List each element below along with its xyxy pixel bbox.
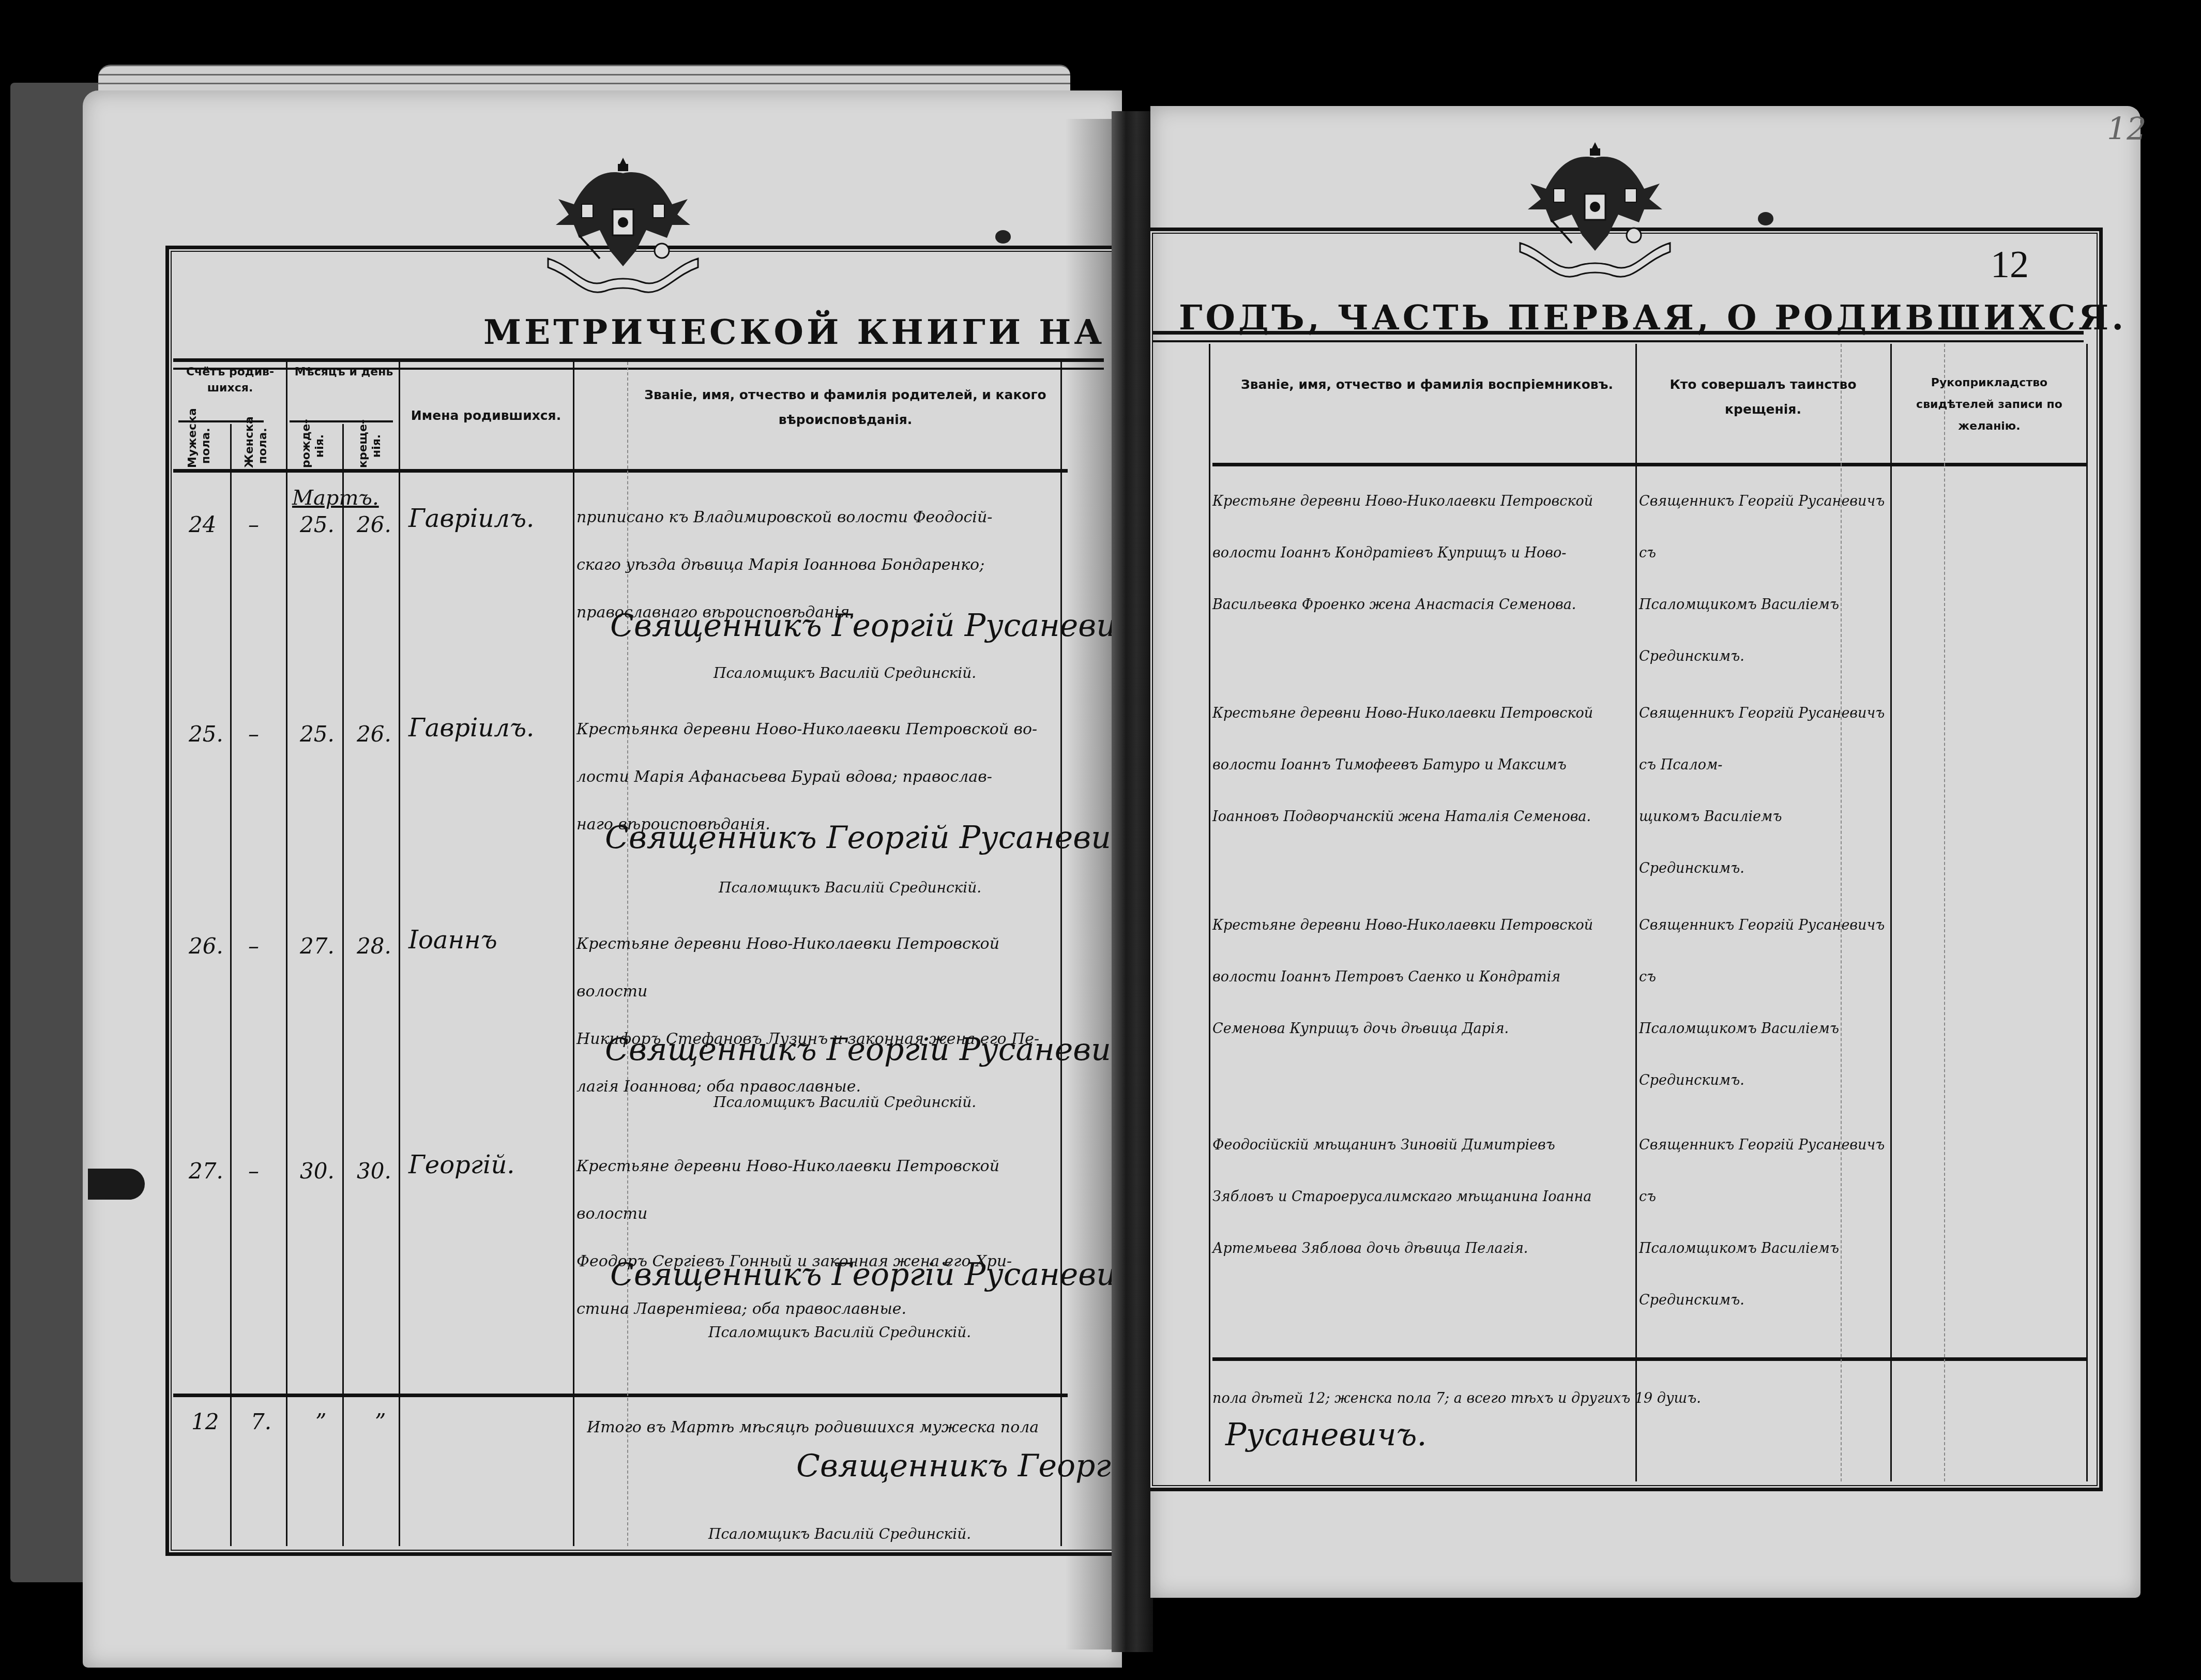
col-divider [399,362,400,1546]
entry-female-no: – [248,933,259,959]
col-divider [1890,344,1892,1481]
entry-officiant: Священникъ Георгій Русаневичъ съ Псаломщ… [1639,476,1887,683]
entry-godparents: Крестьяне деревни Ново-Николаевки Петров… [1212,900,1634,1055]
header-male: Мужеска пола. [186,424,217,468]
paper-spot [1758,212,1773,225]
entry-child-name: Іоаннъ [408,926,497,955]
book-gutter [1112,111,1153,1652]
entry-parents: Крестьяне деревни Ново-Николаевки Петров… [576,920,1062,1111]
signature-psalmist: Псаломщикъ Василій Срединскій. [708,1324,971,1341]
summary-text: Итого въ Мартѣ мѣсяцѣ родившихся мужеска… [587,1404,1068,1451]
paper-spot [995,230,1011,244]
col-divider [573,362,574,1546]
header-witness-signatures: Рукоприкладство свидѣтелей записи по жел… [1895,372,2084,437]
archive-folio-number-pencil: 12 [2107,111,2146,147]
summary-male-total: 12 [191,1409,219,1434]
entry-baptism-day: 26. [357,512,391,537]
header-officiant: Кто совершалъ таинство крещенія. [1644,372,1882,421]
entry-baptism-day: 26. [357,721,391,747]
summary-rule [1212,1357,2086,1361]
double-headed-eagle-emblem-icon [543,147,703,297]
signature-psalmist: Псаломщикъ Василій Срединскій. [719,879,981,896]
col-divider [1635,344,1637,1481]
signature-psalmist: Псаломщикъ Василій Срединскій. [714,1094,976,1111]
entry-child-name: Георгій. [408,1151,515,1179]
entry-officiant: Священникъ Георгій Русаневичъ съ Псаломщ… [1639,900,1887,1107]
col-divider [2086,344,2088,1481]
header-double-rule [1153,331,2084,342]
signature-priest: Священникъ Георгій Русаневичъ. [605,820,1161,856]
entry-officiant: Священникъ Георгій Русаневичъ съ Псаломщ… [1639,1119,1887,1326]
entry-male-no: 24 [189,512,216,537]
header-baptism: креще-нія. [357,424,388,468]
entry-child-name: Гавріилъ. [408,714,534,743]
summary-signature-priest: Священникъ Георгій [796,1448,1141,1484]
col-divider [230,424,232,1546]
header-birth: рожде-нія. [300,424,331,468]
entry-birth-day: 27. [300,933,335,959]
entry-godparents: Крестьяне деревни Ново-Николаевки Петров… [1212,688,1634,843]
double-headed-eagle-emblem-icon [1515,132,1675,282]
signature-priest: Священникъ Георгій Русаневичъ [610,608,1156,644]
entry-godparents: Крестьяне деревни Ново-Николаевки Петров… [1212,476,1634,631]
signature-priest: Священникъ Георгій Русаневичъ. [610,1257,1166,1293]
col-divider [286,362,287,1546]
month-label: Мартъ. [292,486,379,510]
entry-female-no: – [248,1158,259,1184]
entry-baptism-day: 28. [357,933,391,959]
summary-birth-ditto: ” [315,1409,326,1434]
printed-page-number: 12 [1991,243,2029,287]
header-bottom-rule [1212,463,2086,466]
header-month-day-group: Мѣсяцъ и день [290,365,398,381]
entry-birth-day: 30. [300,1158,335,1184]
entry-male-no: 25. [189,721,223,747]
entry-male-no: 27. [189,1158,223,1184]
entry-godparents: Феодосійскій мѣщанинъ Зиновій Димитріевъ… [1212,1119,1634,1275]
binding-tab [88,1169,145,1200]
entry-female-no: – [248,512,259,537]
header-names: Имена родившихся. [403,403,569,428]
entry-female-no: – [248,721,259,747]
entry-baptism-day: 30. [357,1158,391,1184]
entry-birth-day: 25. [300,721,335,747]
entry-officiant: Священникъ Георгій Русаневичъ съ Псалом-… [1639,688,1887,895]
signature-priest: Священникъ Георгій Русаневичъ [605,1032,1151,1068]
title-printed-text: МЕТРИЧЕСКОЙ КНИГИ НА [483,312,1105,352]
col-divider [1209,344,1210,1481]
col-divider [342,424,344,1546]
header-parents: Званіе, имя, отчество и фамилія родителе… [633,383,1057,432]
entry-parents: Крестьяне деревни Ново-Николаевки Петров… [576,1143,1062,1333]
entry-child-name: Гавріилъ. [408,504,534,533]
header-female: Женска пола. [243,424,274,468]
summary-rule [173,1394,1068,1397]
summary-signature-fragment: Русаневичъ. [1225,1417,1427,1453]
summary-female-total: 7. [251,1409,271,1434]
col-guide-dotted [1944,344,1945,1481]
summary-baptism-ditto: ” [375,1409,386,1434]
entry-male-no: 26. [189,933,223,959]
header-count-group: Счётъ родив-шихся. [176,365,284,397]
summary-signature-psalmist: Псаломщикъ Василій Срединскій. [708,1525,971,1542]
signature-psalmist: Псаломщикъ Василій Срединскій. [714,664,976,682]
header-bottom-rule [173,469,1068,473]
header-godparents: Званіе, имя, отчество и фамилія воспріем… [1231,372,1623,397]
entry-birth-day: 25. [300,512,335,537]
